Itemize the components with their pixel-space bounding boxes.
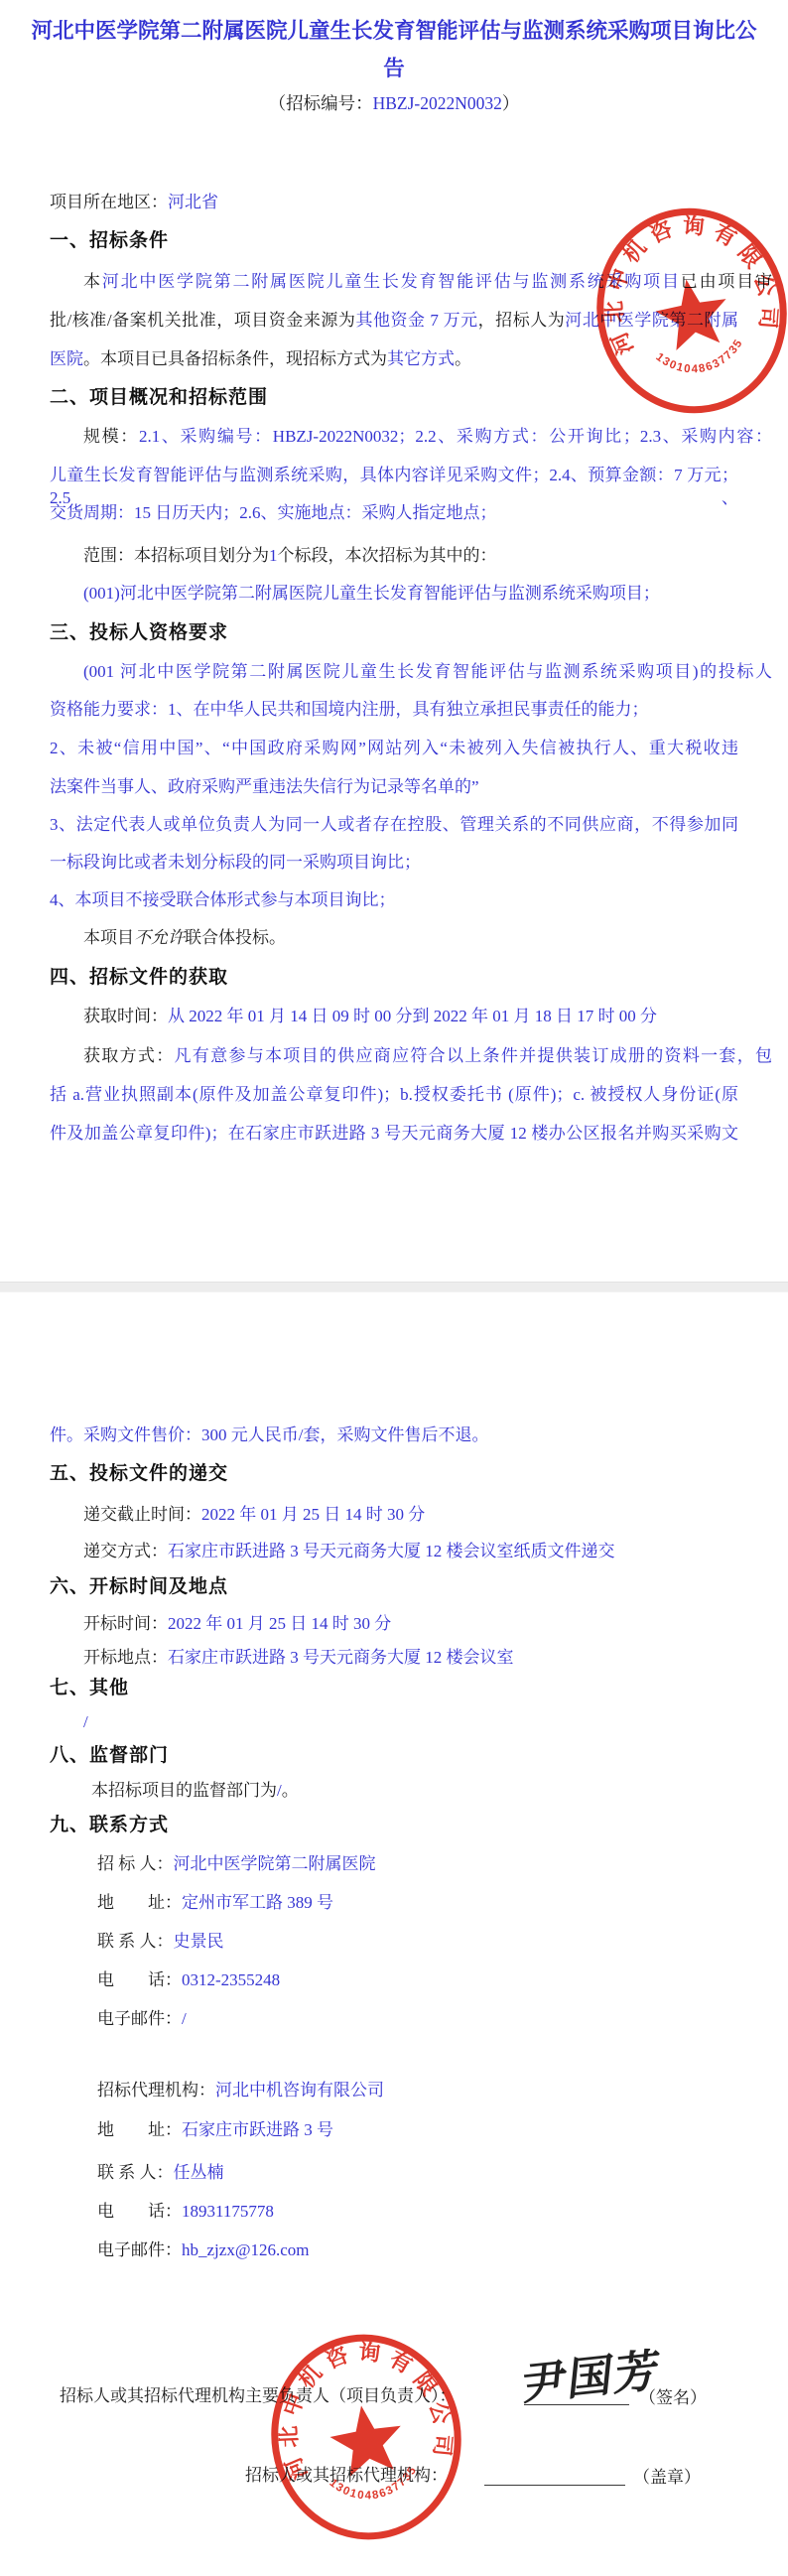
text-segment: 资格能力要求：1、在中华人民共和国境内注册，具有独立承担民事责任的能力； (50, 700, 649, 719)
agency-phone-line: 电 话：18931175778 (50, 2200, 786, 2223)
field-label: 电子邮件： (97, 2240, 182, 2259)
text-segment: 获取时间： (83, 1007, 168, 1025)
text-segment: 规模： (83, 427, 139, 446)
agency-email-line: 电子邮件：hb_zjzx@126.com (50, 2238, 786, 2261)
text-segment: / (83, 1712, 88, 1731)
text-segment: 一标段询比或者未划分标段的同一采购项目询比； (50, 853, 421, 872)
field-label: 招标代理机构： (97, 2081, 215, 2100)
tenderer-email-line: 电子邮件：/ (50, 2007, 786, 2030)
tenderer-address-line: 地 址：定州市军工路 389 号 (50, 1891, 786, 1914)
text-segment: 2022 年 01 月 25 日 14 时 30 分 (201, 1505, 425, 1524)
announcement-page: 河北中医学院第二附属医院儿童生长发育智能评估与监测系统采购项目询比公 告 （招标… (0, 0, 788, 2576)
field-value: 0312-2355248 (182, 1970, 280, 1989)
page-title-line1: 河北中医学院第二附属医院儿童生长发育智能评估与监测系统采购项目询比公 (0, 14, 788, 48)
s2-lot-line: (001)河北中医学院第二附属医院儿童生长发育智能评估与监测系统采购项目； (50, 582, 772, 605)
seal-underline (484, 2463, 625, 2486)
text-segment: 2.1、采购编号：HBZJ-2022N0032；2.2、采购方式：公开询比；2.… (139, 427, 772, 446)
field-label: 地 址： (97, 1893, 182, 1912)
text-segment: 法案件当事人、政府采购严重违法失信行为记录等名单的” (50, 777, 479, 796)
s3-line4: 法案件当事人、政府采购严重违法失信行为记录等名单的” (50, 775, 738, 798)
text-segment: 其它方式 (387, 349, 455, 368)
text-segment: 获取方式： (83, 1046, 175, 1065)
seal-number-text: 1301048637735 (652, 337, 749, 383)
seal-suffix: （盖章） (633, 2466, 701, 2489)
section5-heading: 五、投标文件的递交 (50, 1461, 738, 1486)
s6-time-line: 开标时间：2022 年 01 月 25 日 14 时 30 分 (50, 1612, 772, 1635)
text-segment: 。 (282, 1781, 299, 1800)
text-segment: 石家庄市跃进路 3 号天元商务大厦 12 楼会议室 (168, 1648, 514, 1667)
region-label: 项目所在地区： (50, 193, 168, 211)
text-segment: 件。采购文件售价：300 元人民币/套，采购文件售后不退。 (50, 1425, 488, 1444)
text-segment: 2022 年 01 月 25 日 14 时 30 分 (168, 1614, 391, 1633)
s2-line1: 规模：2.1、采购编号：HBZJ-2022N0032；2.2、采购方式：公开询比… (50, 425, 772, 448)
s4-method-line2: 括 a.营业执照副本(原件及加盖公章复印件)；b.授权委托书 (原件)；c. 被… (50, 1083, 738, 1106)
text-segment: 范围：本招标项目划分为 (83, 546, 269, 565)
page-title-line2: 告 (0, 52, 788, 85)
tender-number-prefix: （招标编号： (269, 93, 373, 113)
s5-method-line: 递交方式：石家庄市跃进路 3 号天元商务大厦 12 楼会议室纸质文件递交 (50, 1540, 772, 1562)
seal-number-text: 1301048637735 (326, 2463, 423, 2508)
text-segment: 1 (269, 546, 278, 565)
text-segment: 凡有意参与本项目的供应商应符合以上条件并提供装订成册的资料一套，包 (175, 1046, 773, 1065)
field-label: 电子邮件： (97, 2009, 182, 2028)
s8-content-line: 本招标项目的监督部门为/。 (50, 1779, 780, 1802)
seal-star-icon (651, 273, 733, 352)
s2-line2: 儿童生长发育智能评估与监测系统采购，具体内容详见采购文件；2.4、预算金额：7 … (50, 464, 738, 486)
field-value: 任丛楠 (174, 2163, 224, 2182)
company-seal-bottom: 河北中机咨询有限公司 1301048637735 (251, 2317, 480, 2558)
field-value: 石家庄市跃进路 3 号 (182, 2120, 333, 2139)
s3-line3: 2、未被“信用中国”、“中国政府采购网”网站列入“未被列入失信被执行人、重大税收… (50, 737, 738, 759)
text-segment: 医院 (50, 349, 83, 368)
s3-line7: 4、本项目不接受联合体形式参与本项目询比； (50, 888, 738, 911)
text-segment: 石家庄市跃进路 3 号天元商务大厦 12 楼会议室纸质文件递交 (168, 1542, 615, 1560)
s4-time-line: 获取时间：从 2022 年 01 月 14 日 09 时 00 分到 2022 … (50, 1005, 772, 1027)
section7-heading: 七、其他 (50, 1676, 738, 1700)
field-value: 河北中医学院第二附属医院 (174, 1854, 376, 1873)
s7-content-line: / (50, 1710, 772, 1733)
tender-number-value: HBZJ-2022N0032 (373, 93, 502, 113)
project-region-line: 项目所在地区：河北省 (50, 191, 738, 213)
text-segment: 本招标项目的监督部门为 (91, 1781, 277, 1800)
text-segment: 开标时间： (83, 1614, 168, 1633)
field-label: 地 址： (97, 2120, 182, 2139)
s3-line6: 一标段询比或者未划分标段的同一采购项目询比； (50, 851, 738, 874)
text-segment: ，招标人为 (478, 311, 566, 330)
agency-line: 招标代理机构：河北中机咨询有限公司 (50, 2079, 786, 2101)
s4-method-line4: 件。采购文件售价：300 元人民币/套，采购文件售后不退。 (50, 1424, 738, 1446)
text-segment: 3、法定代表人或单位负责人为同一人或者存在控股、管理关系的不同供应商，不得参加同 (50, 815, 738, 834)
s2-line3: 交货周期：15 日历天内；2.6、实施地点：采购人指定地点； (50, 501, 738, 524)
tenderer-line: 招 标 人：河北中医学院第二附属医院 (50, 1852, 786, 1875)
field-value: / (182, 2009, 187, 2028)
seal-star-icon (326, 2400, 407, 2479)
field-value: 史景民 (174, 1932, 224, 1951)
s4-method-line3: 件及加盖公章复印件)；在石家庄市跃进路 3 号天元商务大厦 12 楼办公区报名并… (50, 1122, 738, 1145)
text-segment: (001)河北中医学院第二附属医院儿童生长发育智能评估与监测系统采购项目； (83, 584, 660, 603)
field-label: 电 话： (97, 2202, 182, 2221)
text-segment: 其他资金 7 万元 (355, 311, 477, 330)
field-value: 18931175778 (182, 2202, 274, 2221)
text-segment: 本项目 (83, 928, 134, 947)
text-segment: 个标段，本次招标为其中的： (278, 546, 497, 565)
company-seal-top: 河北中机咨询有限公司 1301048637735 (576, 189, 788, 432)
svg-text:1301048637735: 1301048637735 (326, 2463, 423, 2508)
field-label: 联 系 人： (97, 1932, 174, 1951)
region-value: 河北省 (168, 193, 218, 211)
s4-method-line1: 获取方式：凡有意参与本项目的供应商应符合以上条件并提供装订成册的资料一套，包 (50, 1044, 772, 1067)
tender-number-suffix: ） (502, 93, 520, 113)
text-segment: 联合体投标。 (185, 928, 286, 947)
text-segment: 开标地点： (83, 1648, 168, 1667)
section8-heading: 八、监督部门 (50, 1743, 738, 1768)
tenderer-phone-line: 电 话：0312-2355248 (50, 1968, 786, 1991)
text-segment: 2、未被“信用中国”、“中国政府采购网”网站列入“未被列入失信被执行人、重大税收… (50, 739, 738, 757)
field-value: 定州市军工路 389 号 (182, 1893, 333, 1912)
signature-suffix: （签名） (639, 2386, 707, 2409)
section6-heading: 六、开标时间及地点 (50, 1574, 738, 1599)
agency-contact-line: 联 系 人：任丛楠 (50, 2161, 786, 2184)
agency-address-line: 地 址：石家庄市跃进路 3 号 (50, 2118, 786, 2141)
text-segment: 件及加盖公章复印件)；在石家庄市跃进路 3 号天元商务大厦 12 楼办公区报名并… (50, 1124, 738, 1143)
section4-heading: 四、招标文件的获取 (50, 965, 738, 990)
field-label: 电 话： (97, 1970, 182, 1989)
text-segment: 批/核准/备案机关批准，项目资金来源为 (50, 311, 355, 330)
text-segment: 递交截止时间： (83, 1505, 201, 1524)
text-segment: 括 a.营业执照副本(原件及加盖公章复印件)；b.授权委托书 (原件)；c. 被… (50, 1085, 738, 1104)
field-label: 联 系 人： (97, 2163, 174, 2182)
text-segment: 4、本项目不接受联合体形式参与本项目询比； (50, 890, 396, 909)
s3-line5: 3、法定代表人或单位负责人为同一人或者存在控股、管理关系的不同供应商，不得参加同 (50, 813, 738, 836)
text-segment: 从 2022 年 01 月 14 日 09 时 00 分到 2022 年 01 … (168, 1007, 657, 1025)
svg-text:1301048637735: 1301048637735 (652, 337, 749, 383)
s3-line8: 本项目不允许联合体投标。 (50, 926, 772, 949)
section9-heading: 九、联系方式 (50, 1813, 738, 1837)
text-segment: 。 (455, 349, 471, 368)
field-label: 招 标 人： (97, 1854, 174, 1873)
page-break-divider (0, 1282, 788, 1292)
s6-place-line: 开标地点：石家庄市跃进路 3 号天元商务大厦 12 楼会议室 (50, 1646, 772, 1669)
text-segment-italic: 不允许 (134, 928, 185, 947)
field-value: hb_zjzx@126.com (182, 2240, 310, 2259)
tenderer-contact-line: 联 系 人：史景民 (50, 1930, 786, 1953)
s3-line2: 资格能力要求：1、在中华人民共和国境内注册，具有独立承担民事责任的能力； (50, 698, 738, 721)
tender-number-line: （招标编号：HBZJ-2022N0032） (0, 91, 788, 115)
s3-line1: (001 河北中医学院第二附属医院儿童生长发育智能评估与监测系统采购项目)的投标… (50, 660, 772, 683)
s5-deadline-line: 递交截止时间：2022 年 01 月 25 日 14 时 30 分 (50, 1503, 772, 1526)
s2-scope-line: 范围：本招标项目划分为1个标段，本次招标为其中的： (50, 544, 772, 567)
text-segment: 。本项目已具备招标条件，现招标方式为 (83, 349, 387, 368)
text-segment: 本 (83, 272, 102, 291)
text-segment: 交货周期：15 日历天内；2.6、实施地点：采购人指定地点； (50, 503, 497, 522)
field-value: 河北中机咨询有限公司 (215, 2081, 384, 2100)
text-segment: 递交方式： (83, 1542, 168, 1560)
text-segment: (001 河北中医学院第二附属医院儿童生长发育智能评估与监测系统采购项目)的投标… (83, 662, 772, 681)
section3-heading: 三、投标人资格要求 (50, 620, 738, 645)
